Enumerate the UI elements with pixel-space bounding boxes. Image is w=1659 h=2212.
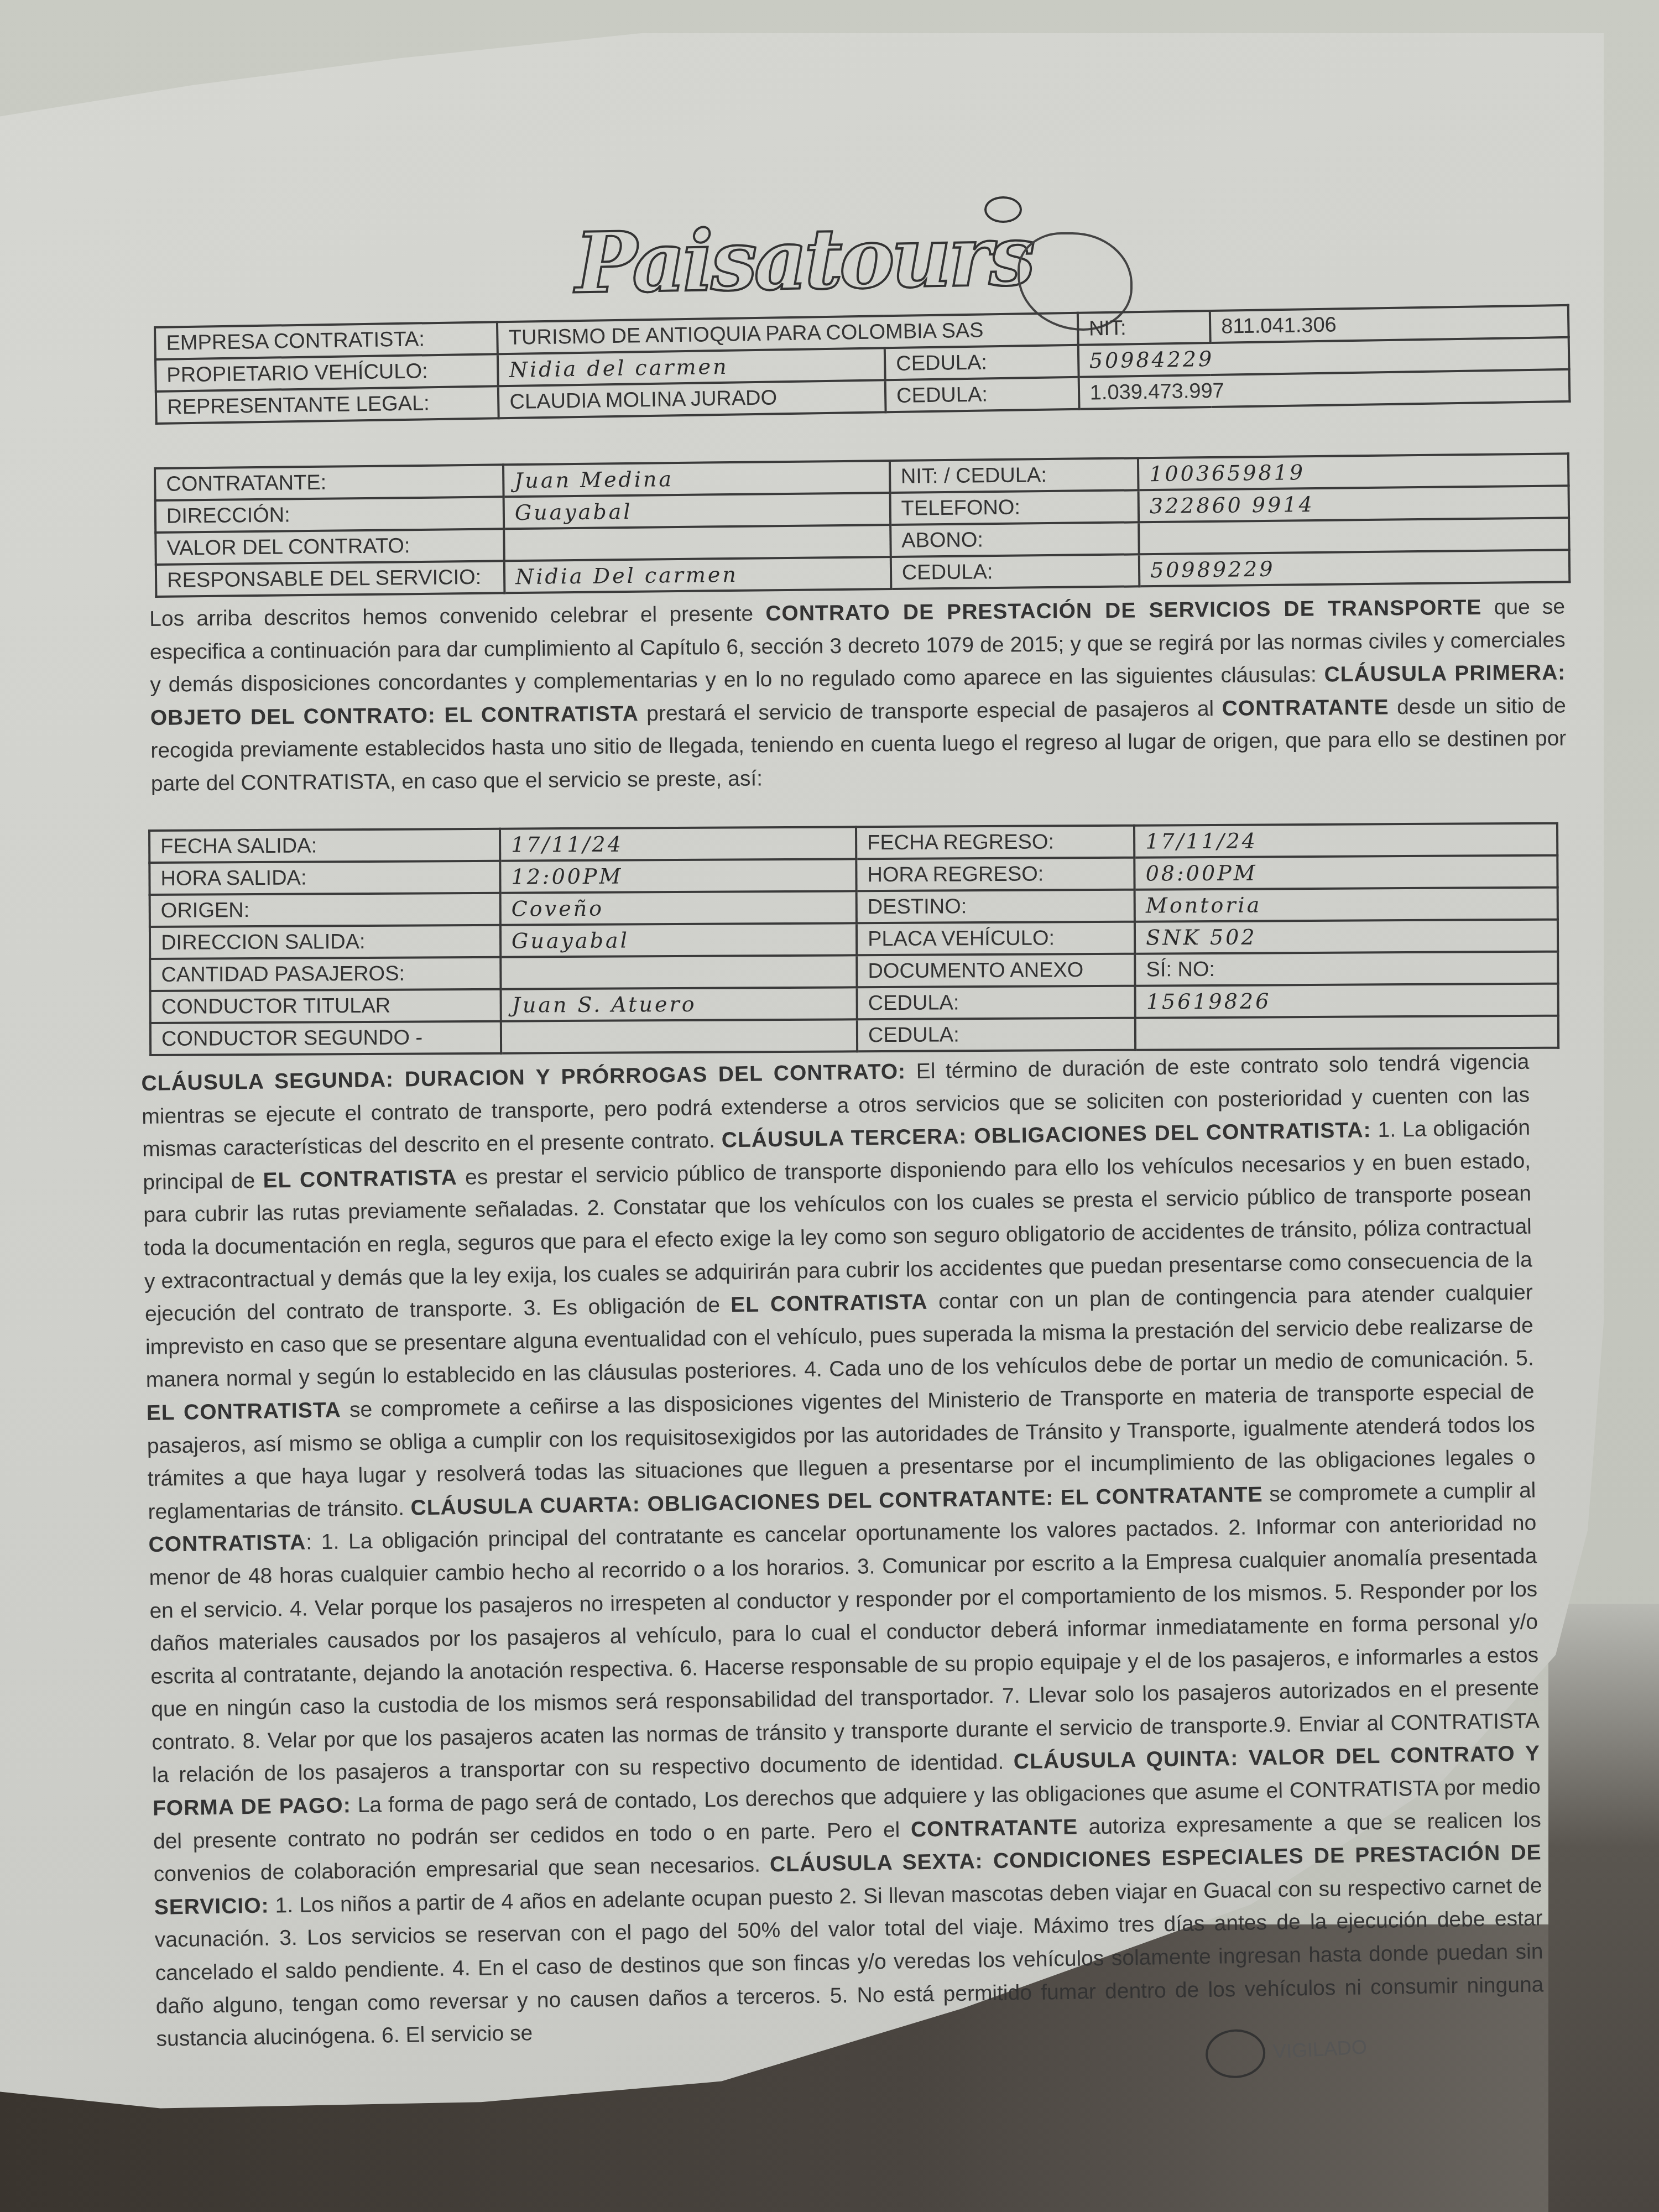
field-value: SNK 502 <box>1135 920 1558 954</box>
viaje-table: FECHA SALIDA:17/11/24FECHA REGRESO:17/11… <box>148 822 1559 1056</box>
field-value: 17/11/24 <box>500 827 856 860</box>
clause-2-title: CLÁUSULA SEGUNDA: DURACION Y PRÓRROGAS D… <box>141 1060 906 1095</box>
field-value: 08:00PM <box>1134 855 1557 890</box>
field-value: 12:00PM <box>500 859 856 893</box>
intro-text: prestará el servicio de transporte espec… <box>639 697 1222 726</box>
field-label: ABONO: <box>890 522 1139 557</box>
field-label: ORIGEN: <box>150 893 500 927</box>
field-value: Guayabal <box>500 923 857 957</box>
intro-paragraph: Los arriba descritos hemos convenido cel… <box>149 591 1567 800</box>
field-value <box>500 955 857 989</box>
contratante-table: CONTRATANTE: Juan Medina NIT: / CEDULA: … <box>154 452 1571 598</box>
field-label: FECHA SALIDA: <box>149 829 500 863</box>
field-label: HORA SALIDA: <box>149 861 500 895</box>
field-label: CEDULA: <box>885 345 1079 380</box>
field-label: CEDULA: <box>890 554 1139 589</box>
field-label: EMPRESA CONTRATISTA: <box>155 322 498 359</box>
bold-term: CONTRATANTE <box>1222 695 1389 721</box>
field-label: TELEFONO: <box>890 490 1139 525</box>
field-value <box>1135 1016 1558 1050</box>
responsable-cedula-value: 50989229 <box>1139 550 1570 586</box>
field-label: PLACA VEHÍCULO: <box>857 922 1135 956</box>
wall-background <box>1548 1604 1659 2212</box>
field-label: NIT: <box>1077 311 1210 345</box>
field-label: FECHA REGRESO: <box>856 826 1134 859</box>
field-label: DIRECCION SALIDA: <box>150 925 500 959</box>
direccion-value: Guayabal <box>503 493 890 529</box>
field-label: CEDULA: <box>857 986 1135 1020</box>
bold-term: EL CONTRATISTA <box>731 1290 928 1317</box>
contratante-cedula-value: 1003659819 <box>1138 453 1569 490</box>
field-value: Coveño <box>500 891 857 925</box>
field-label: REPRESENTANTE LEGAL: <box>156 386 499 424</box>
bold-term: EL CONTRATISTA <box>146 1398 341 1425</box>
field-label: PROPIETARIO VEHÍCULO: <box>155 354 498 392</box>
abono-value <box>1139 518 1569 554</box>
field-label: CONDUCTOR TITULAR <box>150 989 501 1023</box>
intro-text: Los arriba descritos hemos convenido cel… <box>149 602 765 631</box>
representante-value: CLAUDIA MOLINA JURADO <box>498 380 885 418</box>
telefono-value: 322860 9914 <box>1139 486 1569 522</box>
contratante-value: Juan Medina <box>503 461 890 497</box>
field-label: DOCUMENTO ANEXO <box>857 954 1135 988</box>
field-label: CANTIDAD PASAJEROS: <box>150 957 500 991</box>
responsable-value: Nidia Del carmen <box>504 557 891 593</box>
contract-title: CONTRATO DE PRESTACIÓN DE SERVICIOS DE T… <box>765 596 1482 625</box>
field-value: Juan S. Atuero <box>500 987 857 1021</box>
field-label: NIT: / CEDULA: <box>890 458 1139 493</box>
clause-3-title: CLÁUSULA TERCERA: OBLIGACIONES DEL CONTR… <box>722 1118 1371 1152</box>
valor-contrato-value <box>504 525 890 561</box>
clause-text: se compromete a cumplir al <box>1262 1478 1536 1506</box>
supervision-seal-icon <box>1204 2028 1266 2080</box>
vigilado-label: VIGILADO <box>1272 2035 1368 2063</box>
nit-value: 811.041.306 <box>1210 305 1569 343</box>
bold-term: CONTRATISTA <box>148 1531 306 1557</box>
field-label: VALOR DEL CONTRATO: <box>155 529 504 565</box>
field-label: CONDUCTOR SEGUNDO - <box>150 1021 501 1055</box>
field-label: HORA REGRESO: <box>856 858 1134 891</box>
field-value: Montoria <box>1135 888 1558 922</box>
field-value: 17/11/24 <box>1134 823 1557 858</box>
field-label: CEDULA: <box>885 377 1079 412</box>
field-value <box>501 1019 857 1053</box>
bold-term: CONTRATANTE <box>911 1815 1078 1841</box>
vigilado-stamp: VIGILADO <box>1204 2022 1368 2079</box>
field-label: DESTINO: <box>857 890 1135 924</box>
field-label: DIRECCIÓN: <box>155 497 504 533</box>
field-value: SÍ: NO: <box>1135 952 1558 986</box>
clauses-paragraph: CLÁUSULA SEGUNDA: DURACION Y PRÓRROGAS D… <box>141 1046 1545 2056</box>
field-label: CEDULA: <box>857 1018 1135 1052</box>
hat-icon <box>984 196 1022 223</box>
field-label: CONTRATANTE: <box>155 465 503 500</box>
bold-term: EL CONTRATISTA <box>263 1166 457 1193</box>
clause-4-title: CLÁUSULA CUARTA: OBLIGACIONES DEL CONTRA… <box>410 1483 1263 1520</box>
field-value: 15619826 <box>1135 984 1558 1018</box>
field-label: RESPONSABLE DEL SERVICIO: <box>156 561 504 597</box>
